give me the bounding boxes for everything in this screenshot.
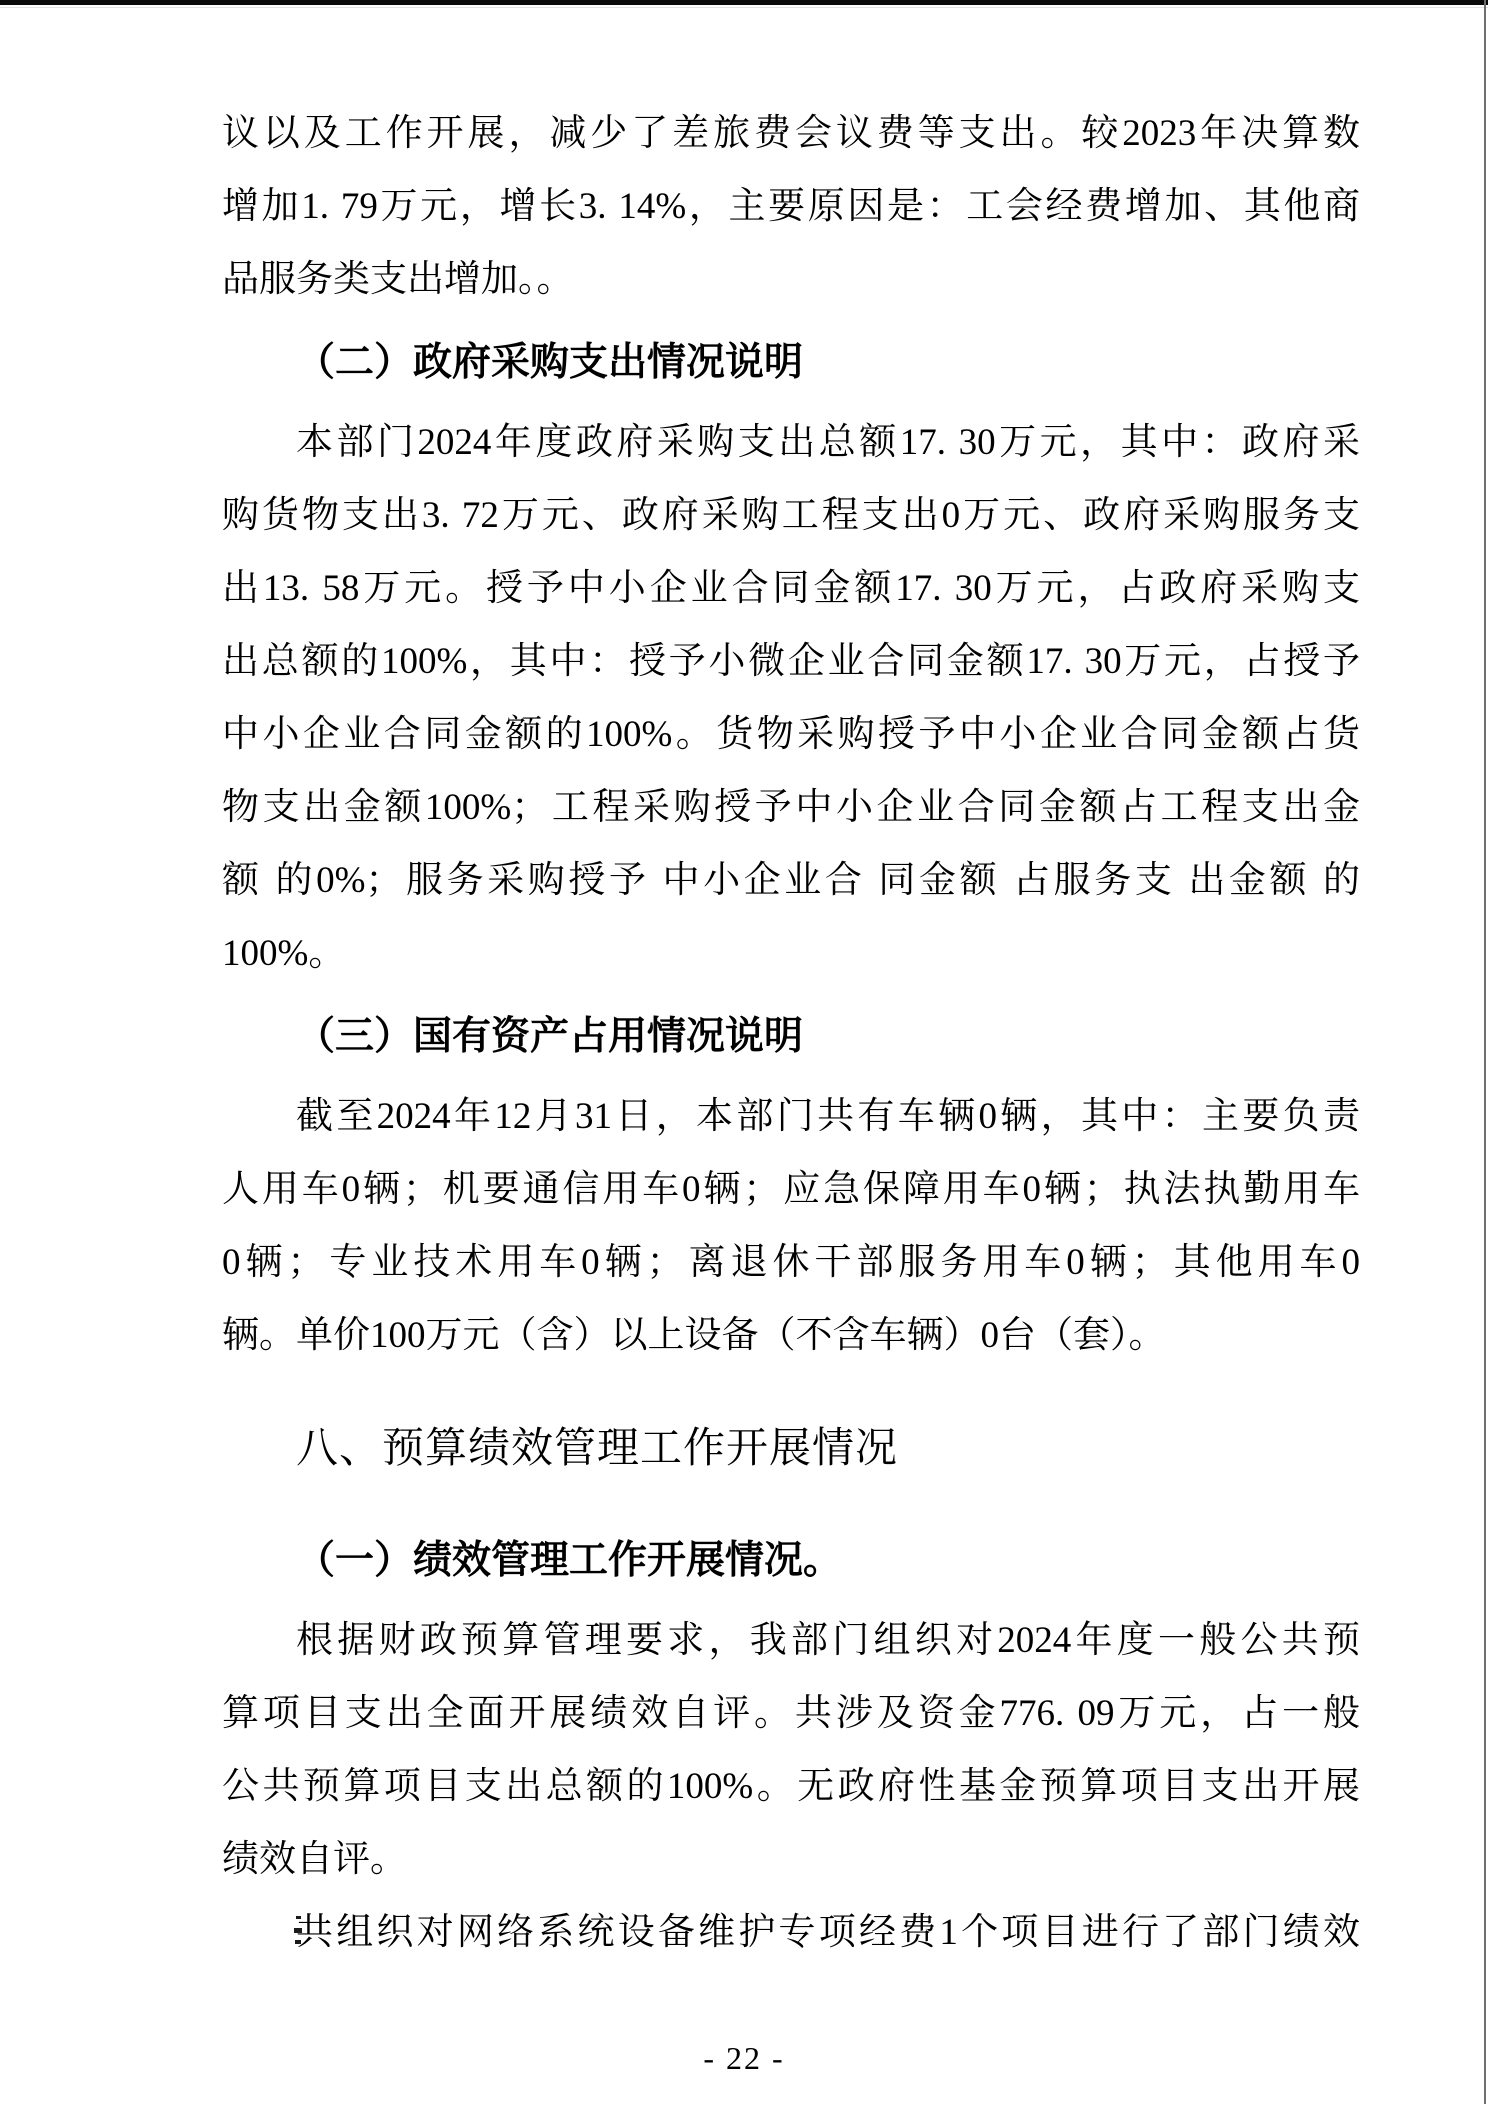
- text-line: 人用车0辆；机要通信用车0辆；应急保障用车0辆；执法执勤用车: [222, 1153, 1360, 1226]
- text-line: 议以及工作开展，减少了差旅费会议费等支出。较2023年决算数: [222, 97, 1360, 170]
- heading1: 八、预算绩效管理工作开展情况: [222, 1413, 1360, 1486]
- paragraph: 本部门2024年度政府采购支出总额17. 30万元，其中：政府采购货物支出3. …: [222, 406, 1360, 990]
- text-line: 物支出金额100%；工程采购授予中小企业合同金额占工程支出金: [222, 771, 1360, 844]
- paragraph: 截至2024年12月31日，本部门共有车辆0辆，其中：主要负责人用车0辆；机要通…: [222, 1080, 1360, 1372]
- scan-edge-right: [1484, 0, 1486, 2104]
- text-line: 出13. 58万元。授予中小企业合同金额17. 30万元，占政府采购支: [222, 552, 1360, 625]
- text-line: 额 的0%；服务采购授予 中小企业合 同金额 占服务支 出金额 的: [222, 844, 1360, 917]
- text-line: 辆。单价100万元（含）以上设备（不含车辆）0台（套）。: [222, 1299, 1360, 1372]
- text-line: 算项目支出全面开展绩效自评。共涉及资金776. 09万元，占一般: [222, 1677, 1360, 1750]
- text-line: 截至2024年12月31日，本部门共有车辆0辆，其中：主要负责: [222, 1080, 1360, 1153]
- text-line: 0辆；专业技术用车0辆；离退休干部服务用车0辆；其他用车0: [222, 1226, 1360, 1299]
- document-body: 议以及工作开展，减少了差旅费会议费等支出。较2023年决算数增加1. 79万元，…: [222, 97, 1360, 1969]
- paragraph: 根据财政预算管理要求，我部门组织对2024年度一般公共预算项目支出全面开展绩效自…: [222, 1604, 1360, 1896]
- paragraph: 议以及工作开展，减少了差旅费会议费等支出。较2023年决算数增加1. 79万元，…: [222, 97, 1360, 316]
- text-line: 绩效自评。: [222, 1823, 1360, 1896]
- text-line: 100%。: [222, 917, 1360, 990]
- text-line: （二）政府采购支出情况说明: [222, 326, 1360, 399]
- paragraph: 共组织对网络系统设备维护专项经费1个项目进行了部门绩效: [222, 1896, 1360, 1969]
- text-line: 购货物支出3. 72万元、政府采购工程支出0万元、政府采购服务支: [222, 479, 1360, 552]
- heading2: （三）国有资产占用情况说明: [222, 1000, 1360, 1073]
- text-line: 八、预算绩效管理工作开展情况: [222, 1413, 1360, 1486]
- text-line: 共组织对网络系统设备维护专项经费1个项目进行了部门绩效: [222, 1896, 1360, 1969]
- text-line: 中小企业合同金额的100%。货物采购授予中小企业合同金额占货: [222, 698, 1360, 771]
- text-line: 品服务类支出增加。。: [222, 243, 1360, 316]
- page-number: - 22 -: [0, 2038, 1488, 2078]
- text-line: 公共预算项目支出总额的100%。无政府性基金预算项目支出开展: [222, 1750, 1360, 1823]
- text-line: 出总额的100%，其中：授予小微企业合同金额17. 30万元，占授予: [222, 625, 1360, 698]
- text-line: 增加1. 79万元，增长3. 14%，主要原因是：工会经费增加、其他商: [222, 170, 1360, 243]
- text-line: （一）绩效管理工作开展情况。: [222, 1524, 1360, 1597]
- heading2: （一）绩效管理工作开展情况。: [222, 1524, 1360, 1597]
- text-line: 本部门2024年度政府采购支出总额17. 30万元，其中：政府采: [222, 406, 1360, 479]
- text-line: 根据财政预算管理要求，我部门组织对2024年度一般公共预: [222, 1604, 1360, 1677]
- scan-edge-top: [0, 0, 1488, 5]
- text-line: （三）国有资产占用情况说明: [222, 1000, 1360, 1073]
- heading2: （二）政府采购支出情况说明: [222, 326, 1360, 399]
- document-page: 议以及工作开展，减少了差旅费会议费等支出。较2023年决算数增加1. 79万元，…: [0, 0, 1488, 2104]
